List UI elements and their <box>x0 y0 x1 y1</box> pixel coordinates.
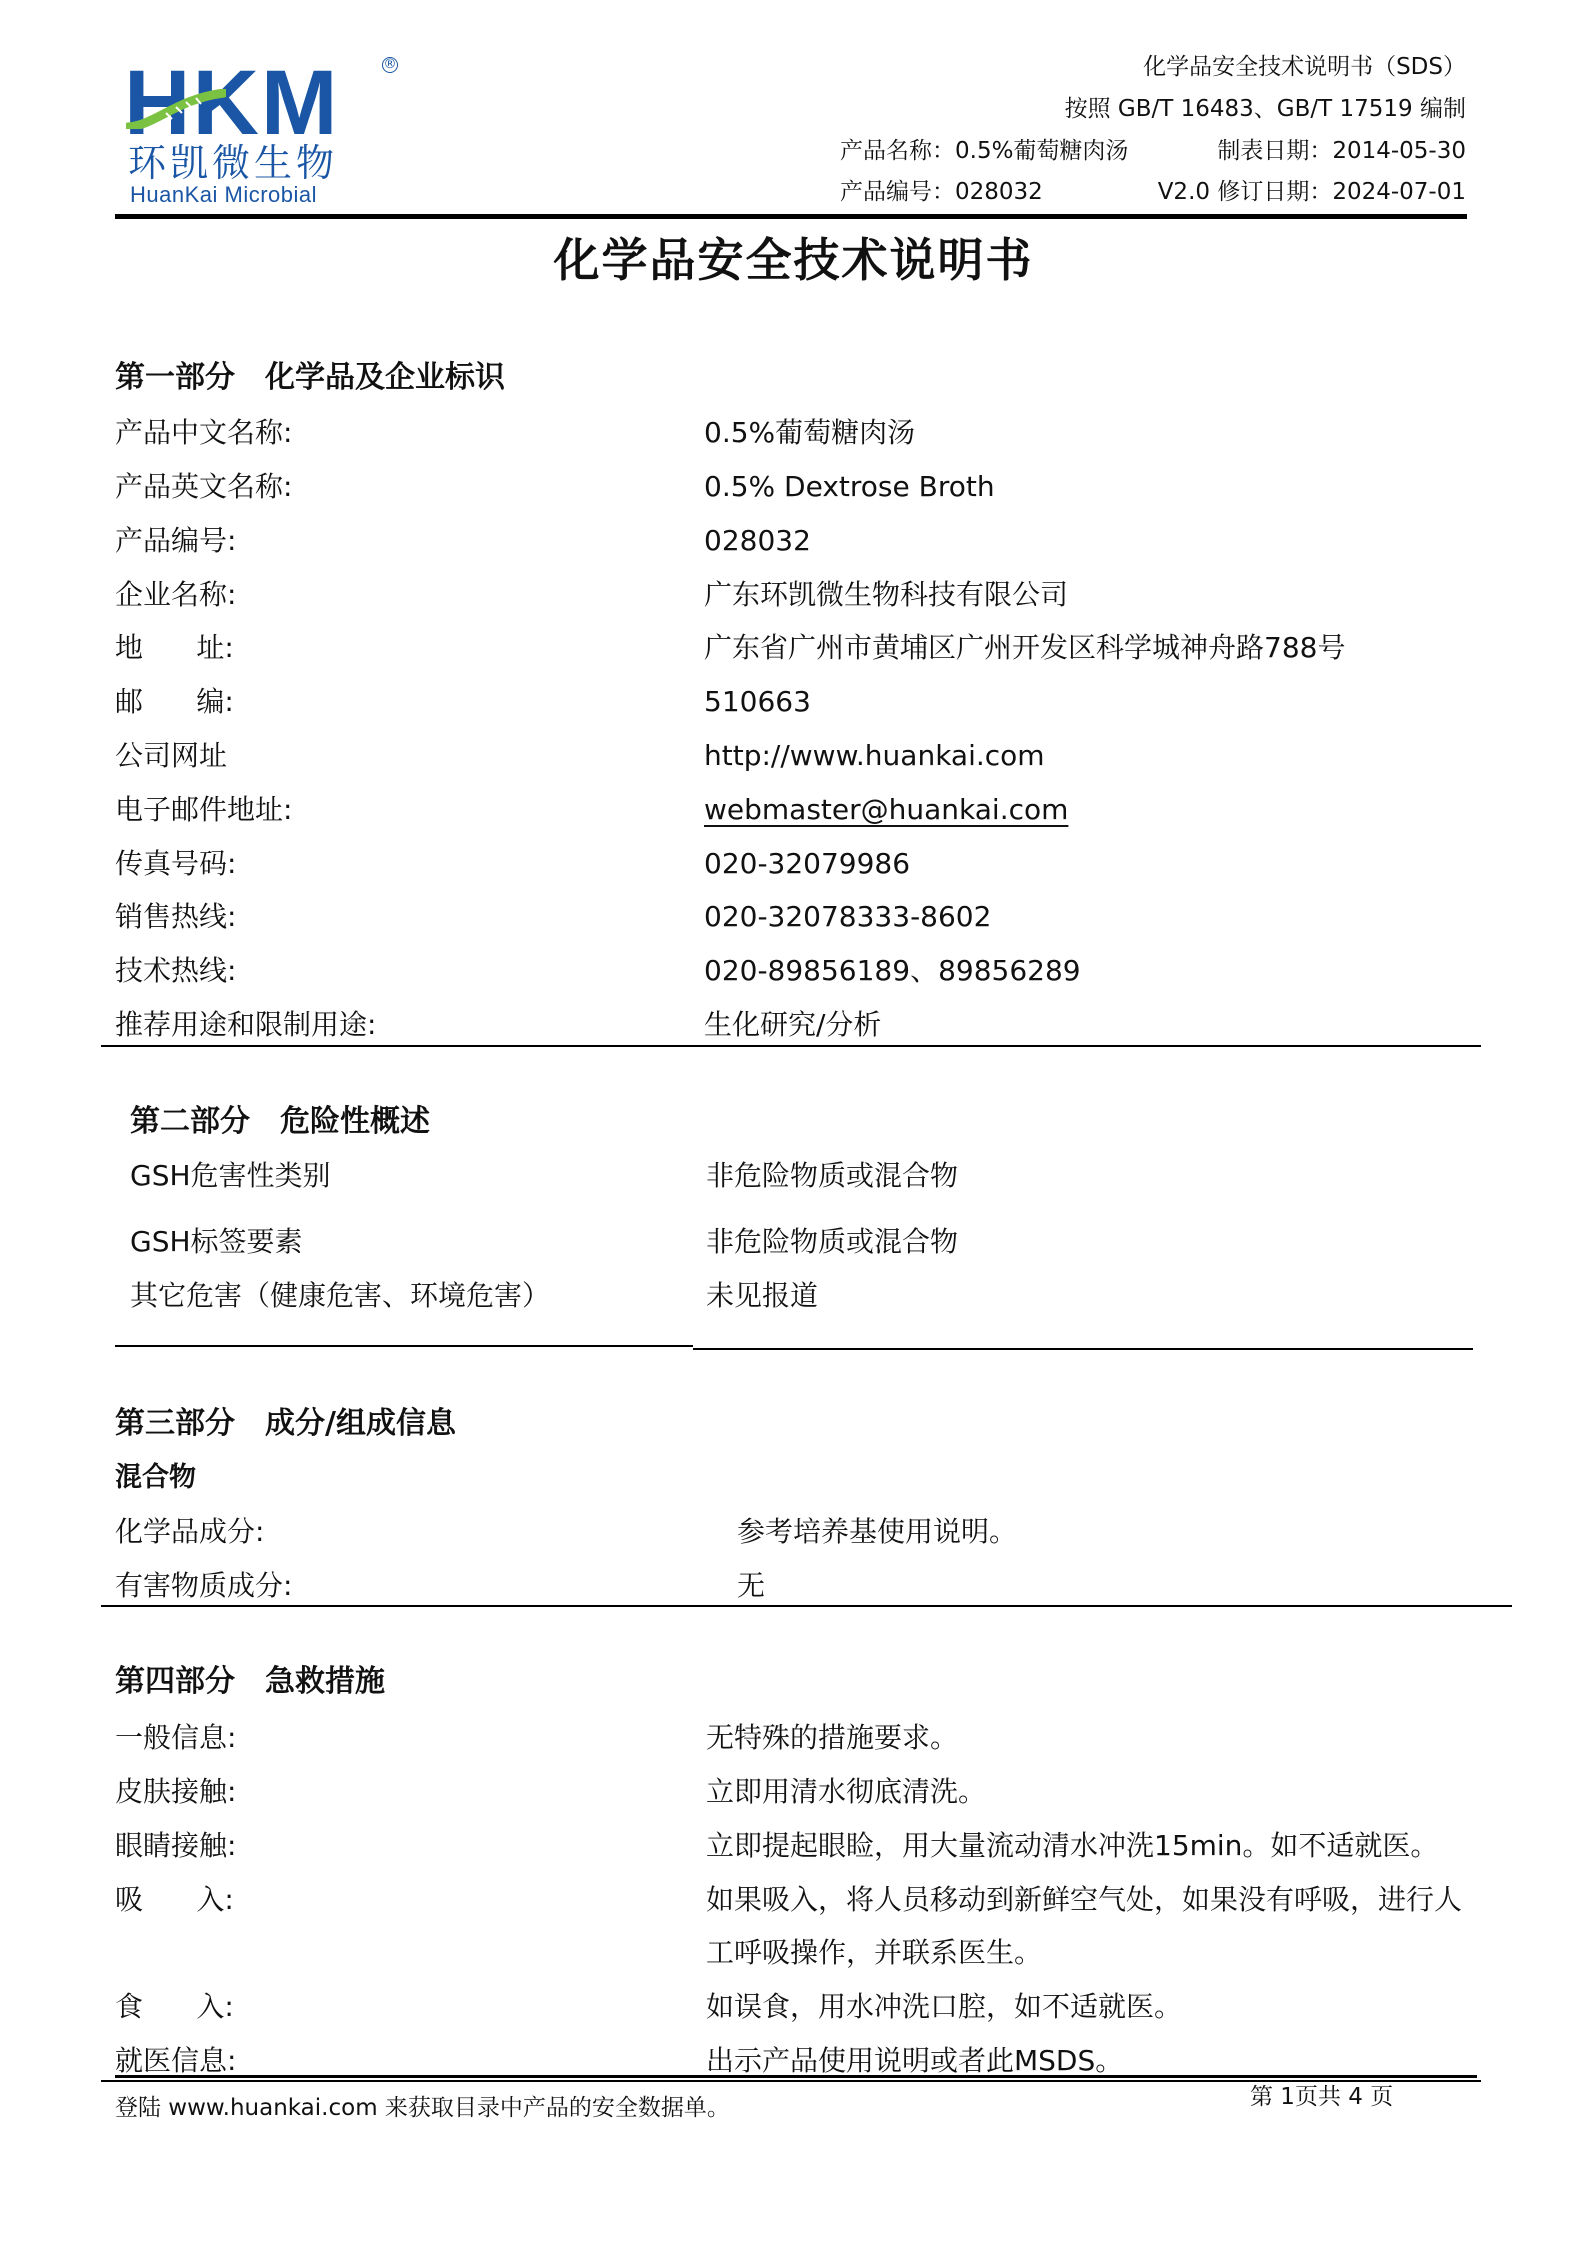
row-value: 广东环凯微生物科技有限公司 <box>704 578 1068 612</box>
row-value: 出示产品使用说明或者此MSDS。 <box>706 2044 1123 2078</box>
footer-note: 登陆 www.huankai.com 来获取目录中产品的安全数据单。 <box>115 2094 730 2122</box>
row-value: 立即用清水彻底清洗。 <box>706 1775 986 1809</box>
made-date-label: 制表日期： <box>1217 138 1332 164</box>
row-value: 立即提起眼睑，用大量流动清水冲洗15min。如不适就医。 <box>706 1829 1438 1863</box>
row-label: 邮 编: <box>115 685 234 719</box>
row-label: 电子邮件地址: <box>115 793 292 827</box>
row-value: 参考培养基使用说明。 <box>737 1515 1017 1549</box>
logo-chinese-name: 环凯微生物 <box>128 143 338 183</box>
row-label: 推荐用途和限制用途: <box>115 1008 376 1042</box>
section-3-number: 第三部分 <box>115 1406 235 1441</box>
row-label: 地 址: <box>115 631 234 665</box>
row-value: 非危险物质或混合物 <box>706 1159 958 1193</box>
row-label: 吸 入: <box>115 1883 234 1917</box>
row-value: 如误食，用水冲洗口腔，如不适就医。 <box>706 1990 1182 2024</box>
row-value: 非危险物质或混合物 <box>706 1225 958 1259</box>
registered-mark: ® <box>382 57 398 73</box>
row-label: 食 入: <box>115 1990 234 2024</box>
row-value: 020-32078333-8602 <box>704 900 991 934</box>
product-code-value: 028032 <box>955 179 1043 205</box>
row-value: 生化研究/分析 <box>704 1008 881 1042</box>
section-1-title: 化学品及企业标识 <box>265 360 505 395</box>
revision-label: V2.0 修订日期： <box>1158 179 1333 205</box>
row-label: 产品中文名称: <box>115 416 292 450</box>
made-date-value: 2014-05-30 <box>1332 138 1466 164</box>
header-revision-date: V2.0 修订日期：2024-07-01 <box>1158 178 1466 206</box>
row-label: 一般信息: <box>115 1721 236 1755</box>
section-2-heading: 第二部分危险性概述 <box>130 1104 430 1140</box>
section-4-heading: 第四部分急救措施 <box>115 1664 385 1700</box>
section-1-heading: 第一部分化学品及企业标识 <box>115 360 505 396</box>
section-2-title: 危险性概述 <box>280 1104 430 1139</box>
row-label: 企业名称: <box>115 578 236 612</box>
header-doc-type: 化学品安全技术说明书（SDS） <box>1143 53 1466 81</box>
website-link[interactable]: http://www.huankai.com <box>704 739 1045 773</box>
row-label: 有害物质成分: <box>115 1569 292 1603</box>
section-2-divider-right <box>693 1348 1473 1350</box>
product-code-label: 产品编号： <box>840 179 955 205</box>
row-label: 产品英文名称: <box>115 470 292 504</box>
row-value: 未见报道 <box>706 1279 818 1313</box>
row-value: 0.5%葡萄糖肉汤 <box>704 416 915 450</box>
document-title: 化学品安全技术说明书 <box>0 230 1587 290</box>
row-label: 技术热线: <box>115 954 236 988</box>
row-label: 就医信息: <box>115 2044 236 2078</box>
row-label: 皮肤接触: <box>115 1775 236 1809</box>
section-4-title: 急救措施 <box>265 1664 385 1699</box>
row-label: 其它危害（健康危害、环境危害） <box>130 1279 550 1313</box>
row-value: 028032 <box>704 524 811 558</box>
row-value: 如果吸入，将人员移动到新鲜空气处，如果没有呼吸，进行人 <box>706 1883 1462 1917</box>
section-2-divider-left <box>115 1345 693 1347</box>
row-value: 510663 <box>704 685 811 719</box>
mixture-subheading: 混合物 <box>115 1461 196 1495</box>
row-label: 化学品成分: <box>115 1515 264 1549</box>
product-name-label: 产品名称： <box>840 138 955 164</box>
row-label: 销售热线: <box>115 900 236 934</box>
row-label: GSH标签要素 <box>130 1225 303 1259</box>
footer-divider-top <box>115 2075 1477 2078</box>
header-made-date: 制表日期：2014-05-30 <box>1217 137 1466 165</box>
section-3-heading: 第三部分成分/组成信息 <box>115 1406 456 1442</box>
section-2-number: 第二部分 <box>130 1104 250 1139</box>
header-product-code: 产品编号：028032 <box>840 178 1043 206</box>
row-label: 眼睛接触: <box>115 1829 236 1863</box>
row-value: 广东省广州市黄埔区广州开发区科学城神舟路788号 <box>704 631 1345 665</box>
footer-divider-bottom <box>101 2080 1481 2082</box>
header-divider <box>115 214 1467 219</box>
section-4-number: 第四部分 <box>115 1664 235 1699</box>
row-label: GSH危害性类别 <box>130 1159 331 1193</box>
page-number: 第 1页共 4 页 <box>1250 2083 1393 2111</box>
header-product-name: 产品名称：0.5%葡萄糖肉汤 <box>840 137 1128 165</box>
section-1-divider <box>101 1045 1481 1047</box>
dna-helix-icon <box>126 89 226 129</box>
row-label: 公司网址 <box>115 739 227 773</box>
section-1-number: 第一部分 <box>115 360 235 395</box>
row-value-continued: 工呼吸操作，并联系医生。 <box>706 1936 1042 1970</box>
row-value: 0.5% Dextrose Broth <box>704 470 995 504</box>
logo-english-name: HuanKai Microbial <box>130 183 317 207</box>
row-value: 无 <box>737 1569 765 1603</box>
row-value: 020-89856189、89856289 <box>704 954 1081 988</box>
product-name-value: 0.5%葡萄糖肉汤 <box>955 138 1128 164</box>
section-3-title: 成分/组成信息 <box>265 1406 456 1441</box>
company-logo: HKM ® 环凯微生物 HuanKai Microbial <box>118 55 408 207</box>
row-value: 020-32079986 <box>704 847 910 881</box>
email-link[interactable]: webmaster@huankai.com <box>704 793 1068 827</box>
header-standard: 按照 GB/T 16483、GB/T 17519 编制 <box>1065 95 1466 123</box>
row-label: 产品编号: <box>115 524 236 558</box>
row-label: 传真号码: <box>115 847 236 881</box>
section-3-divider <box>101 1605 1512 1607</box>
revision-date-value: 2024-07-01 <box>1332 179 1466 205</box>
row-value: 无特殊的措施要求。 <box>706 1721 958 1755</box>
